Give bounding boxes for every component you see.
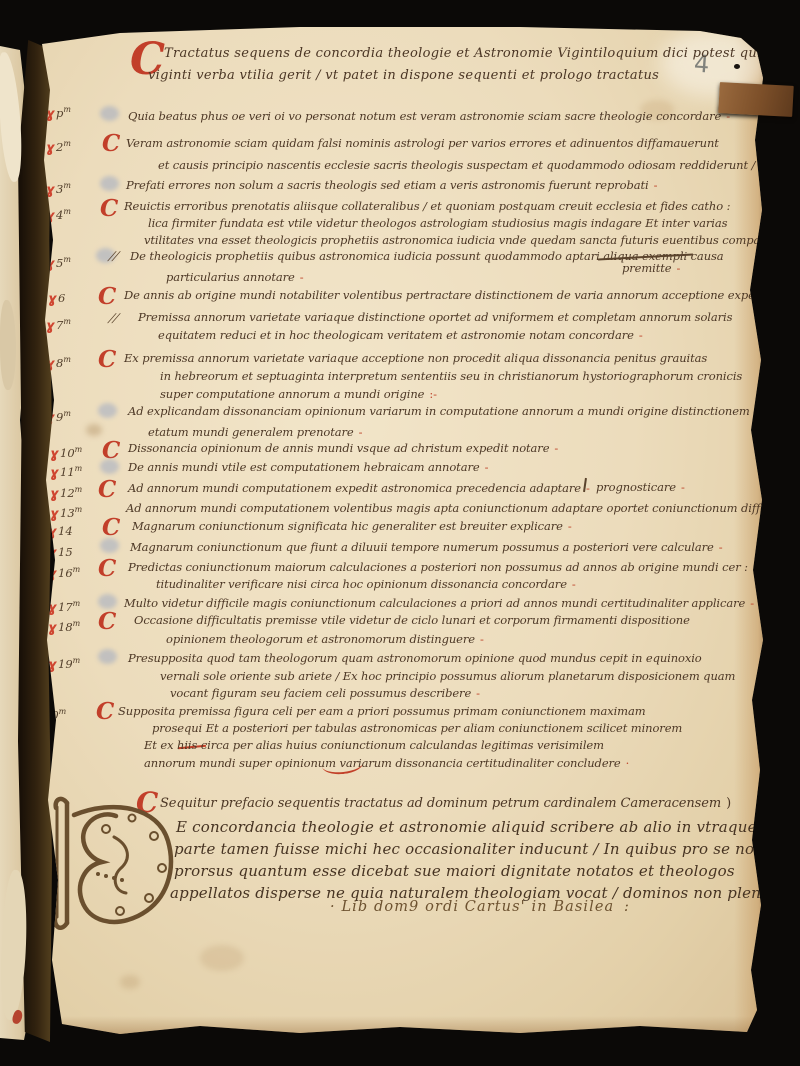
paraph-mark: ɣ xyxy=(46,320,56,333)
paraph-mark: ɣ xyxy=(46,142,56,155)
manuscript-line: Quia beatus phus oe veri oi vo personat … xyxy=(128,110,730,124)
stain xyxy=(120,975,140,989)
manuscript-line: De annis mundi vtile est computationem h… xyxy=(128,461,488,475)
decorated-initial-d xyxy=(52,795,184,935)
manuscript-line: lica firmiter fundata est vtile videtur … xyxy=(148,217,732,231)
margin-item-number: 14 xyxy=(58,524,73,537)
margin-item-number: 17m xyxy=(58,600,80,613)
stain xyxy=(200,945,244,971)
margin-item-number: 9m xyxy=(56,410,71,423)
faded-blue-paraph xyxy=(98,594,117,609)
manuscript-line: Occasione difficultatis premisse vtile v… xyxy=(134,614,695,628)
paraph-mark: ɣ xyxy=(48,293,58,306)
ink-dot xyxy=(734,64,740,69)
manuscript-line: etatum mundi generalem prenotare- xyxy=(148,426,362,440)
manuscript-line: Magnarum coniunctionum que fiunt a diluu… xyxy=(130,541,723,555)
capitulum-initial: C xyxy=(98,610,116,633)
paraph-mark: ɣ xyxy=(50,467,60,480)
paraph-mark: ɣ xyxy=(50,508,60,521)
margin-item-number: pm xyxy=(56,106,71,119)
manuscript-line: particularius annotare- xyxy=(166,271,304,285)
preface-title: Sequitur prefacio sequentis tractatus ad… xyxy=(160,796,731,812)
paraph-mark: ɣ xyxy=(48,622,58,635)
manuscript-line: Supposita premissa figura celi per eam a… xyxy=(118,705,651,719)
margin-item-number: 10m xyxy=(60,446,82,459)
preface-line: parte tamen fuisse michi hec occasionali… xyxy=(174,840,764,858)
slash-marks: // xyxy=(108,312,120,324)
manuscript-line: De annis ab origine mundi notabiliter vo… xyxy=(124,289,780,303)
margin-item-number: 19m xyxy=(58,657,80,670)
manuscript-line: opinionem theologorum et astronomorum di… xyxy=(166,633,484,647)
capitulum-initial: C xyxy=(102,132,120,155)
faded-blue-paraph xyxy=(100,538,119,553)
paraph-mark: ɣ xyxy=(48,659,58,672)
preface-line: prorsus quantum esse dicebat sue maiori … xyxy=(174,862,735,880)
faded-blue-paraph xyxy=(98,649,117,664)
manuscript-line: equitatem reduci et in hoc theologicam v… xyxy=(158,329,643,343)
manuscript-line: Predictas coniunctionum maiorum calculac… xyxy=(128,561,753,575)
faded-blue-paraph xyxy=(98,403,117,418)
manuscript-line: Ad explicandam dissonanciam opinionum va… xyxy=(128,405,755,419)
manuscript-line: Et ex hiis circa per alias huius coniunc… xyxy=(144,739,609,753)
preface-line: appellatos disperse ne quia naturalem th… xyxy=(170,884,784,902)
manuscript-line: Ex premissa annorum varietate variaque a… xyxy=(124,352,712,366)
faded-blue-paraph xyxy=(100,176,119,191)
manuscript-line: prosequi Et a posteriori per tabulas ast… xyxy=(152,722,687,736)
manuscript-line: vocant figuram seu faciem celi possumus … xyxy=(170,687,480,701)
faded-blue-paraph xyxy=(100,459,119,474)
manuscript-line: Ad annorum mundi computationem volentibu… xyxy=(126,502,800,516)
manuscript-line: vernali sole oriente sub ariete / Ex hoc… xyxy=(160,670,740,684)
manuscript-line: in hebreorum et septuaginta interpretum … xyxy=(160,370,747,384)
capitulum-initial: C xyxy=(98,285,116,308)
manuscript-heading-line: viginti verba vtilia gerit / vt patet in… xyxy=(148,68,664,84)
manuscript-line: titudinaliter verificare nisi circa hoc … xyxy=(156,578,576,592)
capitulum-initial: C xyxy=(100,197,118,220)
margin-note: premitte- xyxy=(622,262,680,276)
preface-line: E concordancia theologie et astronomie a… xyxy=(176,818,757,836)
margin-item-number: 16m xyxy=(58,566,80,579)
manuscript-line: Presupposita quod tam theologorum quam a… xyxy=(128,652,707,666)
manuscript-line: Dissonancia opinionum de annis mundi vsq… xyxy=(128,442,558,456)
margin-item-number: 13m xyxy=(60,506,82,519)
manuscript-line: super computatione annorum a mundi origi… xyxy=(160,388,437,402)
manuscript-photo: 4 C Tractatus sequens de concordia theol… xyxy=(0,0,800,1066)
manuscript-line: Ad annorum mundi computationem expedit a… xyxy=(128,482,590,496)
capitulum-initial: C xyxy=(96,700,114,723)
manuscript-line: Reuictis erroribus prenotatis aliisque c… xyxy=(124,200,735,214)
manuscript-line: Prefati errores non solum a sacris theol… xyxy=(126,179,657,193)
capitulum-initial: C xyxy=(98,478,116,501)
margin-item-number: 3m xyxy=(56,182,71,195)
faded-blue-paraph xyxy=(100,106,119,121)
paraph-mark: ɣ xyxy=(50,448,60,461)
manuscript-heading-line: Tractatus sequens de concordia theologie… xyxy=(164,46,779,62)
manuscript-line: Veram astronomie sciam quidam falsi nomi… xyxy=(126,137,724,151)
manuscript-line: Magnarum coniunctionum significata hic g… xyxy=(132,520,572,534)
margin-item-number: 12m xyxy=(60,486,82,499)
margin-item-number: 11m xyxy=(60,465,82,478)
manuscript-line: annorum mundi super opinionum variarum d… xyxy=(144,757,629,771)
manuscript-line: Premissa annorum varietate variaque dist… xyxy=(138,311,737,325)
manuscript-page: 4 C Tractatus sequens de concordia theol… xyxy=(0,0,800,1066)
margin-note: prognosticare- xyxy=(596,481,685,495)
margin-item-number: 18m xyxy=(58,620,80,633)
paraph-mark: ɣ xyxy=(50,488,60,501)
margin-item-number: 6 xyxy=(58,291,65,304)
margin-item-number: 4m xyxy=(56,208,71,221)
page-edge xyxy=(0,1016,800,1038)
margin-item-number: 7m xyxy=(56,318,71,331)
capitulum-initial: C xyxy=(102,516,120,539)
stain xyxy=(86,424,102,436)
margin-item-number: 15 xyxy=(58,545,73,558)
margin-item-number: 2m xyxy=(56,140,71,153)
capitulum-initial: C xyxy=(98,348,116,371)
manuscript-line: vtilitates vna esset theologicis prophet… xyxy=(144,234,793,248)
manuscript-line: Multo videtur difficile magis coniunctio… xyxy=(124,597,754,611)
manuscript-line: et causis principio nascentis ecclesie s… xyxy=(158,159,764,173)
margin-item-number: 5m xyxy=(56,256,71,269)
repair-tape xyxy=(718,82,794,117)
capitulum-initial: C xyxy=(98,557,116,580)
margin-item-number: 8m xyxy=(56,356,71,369)
